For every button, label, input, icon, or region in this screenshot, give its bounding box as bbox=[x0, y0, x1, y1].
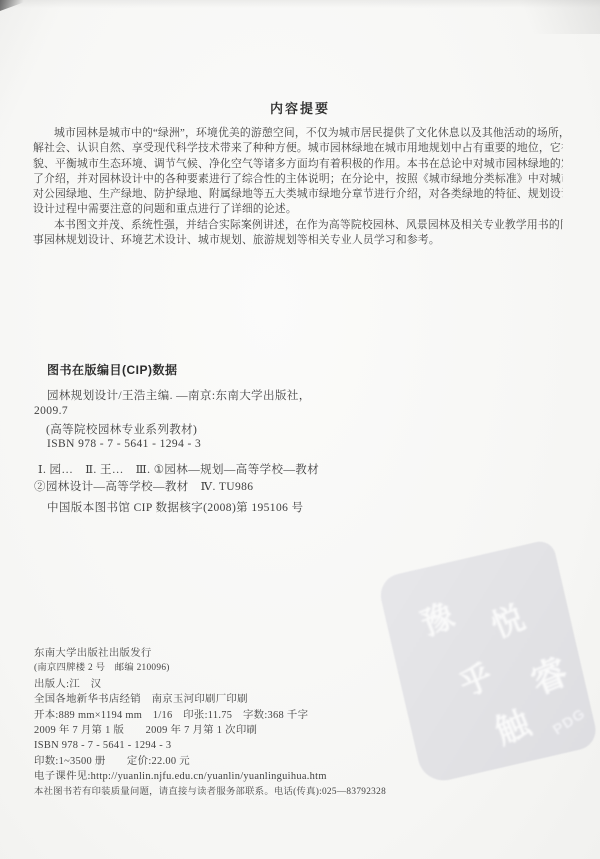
imprint-publisher: 东南大学出版社出版发行 bbox=[34, 646, 574, 661]
summary-line: 城市园林是城市中的“绿洲”，环境优美的游憩空间，不仅为城市居民提供了文化休息以及… bbox=[33, 126, 563, 141]
watermark-seal-glyph: 豫 bbox=[413, 590, 460, 645]
imprint-edition: 2009 年 7 月第 1 版 2009 年 7 月第 1 次印刷 bbox=[34, 723, 574, 738]
cip-line-series: (高等院校园林专业系列教材) bbox=[46, 421, 197, 437]
imprint-block: 东南大学出版社出版发行 (南京四牌楼 2 号 邮编 210096) 出版人:江 … bbox=[34, 646, 574, 800]
summary-line: 了介绍，并对园林设计中的各种要素进行了综合性的主体说明；在分论中，按照《城市绿地… bbox=[33, 172, 563, 187]
content-summary-heading: 内容提要 bbox=[0, 98, 600, 117]
imprint-publisher-person: 出版人:江 汉 bbox=[34, 677, 574, 692]
summary-line: 对公园绿地、生产绿地、防护绿地、附属绿地等五大类城市绿地分章节进行介绍，对各类绿… bbox=[33, 187, 563, 202]
content-summary-text: 城市园林是城市中的“绿洲”，环境优美的游憩空间，不仅为城市居民提供了文化休息以及… bbox=[33, 126, 563, 248]
imprint-print-run-price: 印数:1~3500 册 定价:22.00 元 bbox=[34, 754, 574, 769]
book-copyright-page: { "summary": { "title": "内容提要", "p1_line… bbox=[0, 0, 600, 859]
summary-line: 设计过程中需要注意的问题和重点进行了详细的论述。 bbox=[33, 202, 563, 217]
cip-data-heading: 图书在版编目(CIP)数据 bbox=[47, 361, 178, 378]
cip-line-isbn: ISBN 978 - 7 - 5641 - 1294 - 3 bbox=[47, 438, 201, 450]
imprint-format: 开本:889 mm×1194 mm 1/16 印张:11.75 字数:368 千… bbox=[34, 708, 574, 723]
cip-line-classification-2: ②园林设计—高等学校—教材 Ⅳ. TU986 bbox=[34, 478, 253, 494]
watermark-seal-glyph: 悦 bbox=[484, 592, 531, 647]
imprint-quality-notice: 本社图书若有印装质量问题，请直接与读者服务部联系。电话(传真):025—8379… bbox=[34, 785, 574, 800]
cip-line-registry-number: 中国版本图书馆 CIP 数据核字(2008)第 195106 号 bbox=[47, 499, 303, 515]
summary-line: 貌、平衡城市生态环境、调节气候、净化空气等诸多方面均有着积极的作用。本书在总论中… bbox=[33, 157, 563, 172]
imprint-isbn: ISBN 978 - 7 - 5641 - 1294 - 3 bbox=[34, 738, 574, 753]
scan-artifact-top-right bbox=[510, 0, 600, 34]
cip-line-year: 2009.7 bbox=[34, 405, 68, 417]
scan-artifact-top-left bbox=[0, 0, 30, 11]
summary-line: 本书图文并茂、系统性强，并结合实际案例讲述，在作为高等院校园林、风景园林及相关专… bbox=[33, 218, 563, 233]
cip-line-title-statement: 园林规划设计/王浩主编. —南京:东南大学出版社， bbox=[47, 387, 311, 403]
imprint-distribution: 全国各地新华书店经销 南京玉河印刷厂印刷 bbox=[34, 692, 574, 707]
summary-line: 解社会、认识自然、享受现代科学技术带来了种种方便。城市园林绿地在城市用地规划中占… bbox=[33, 141, 563, 156]
imprint-address: (南京四牌楼 2 号 邮编 210096) bbox=[34, 661, 574, 676]
cip-line-classification-1: Ⅰ. 园… Ⅱ. 王… Ⅲ. ①园林—规划—高等学校—教材 bbox=[38, 461, 319, 477]
imprint-courseware-url: 电子课件见:http://yuanlin.njfu.edu.cn/yuanlin… bbox=[34, 769, 574, 784]
summary-line: 事园林规划设计、环境艺术设计、城市规划、旅游规划等相关专业人员学习和参考。 bbox=[33, 233, 563, 248]
